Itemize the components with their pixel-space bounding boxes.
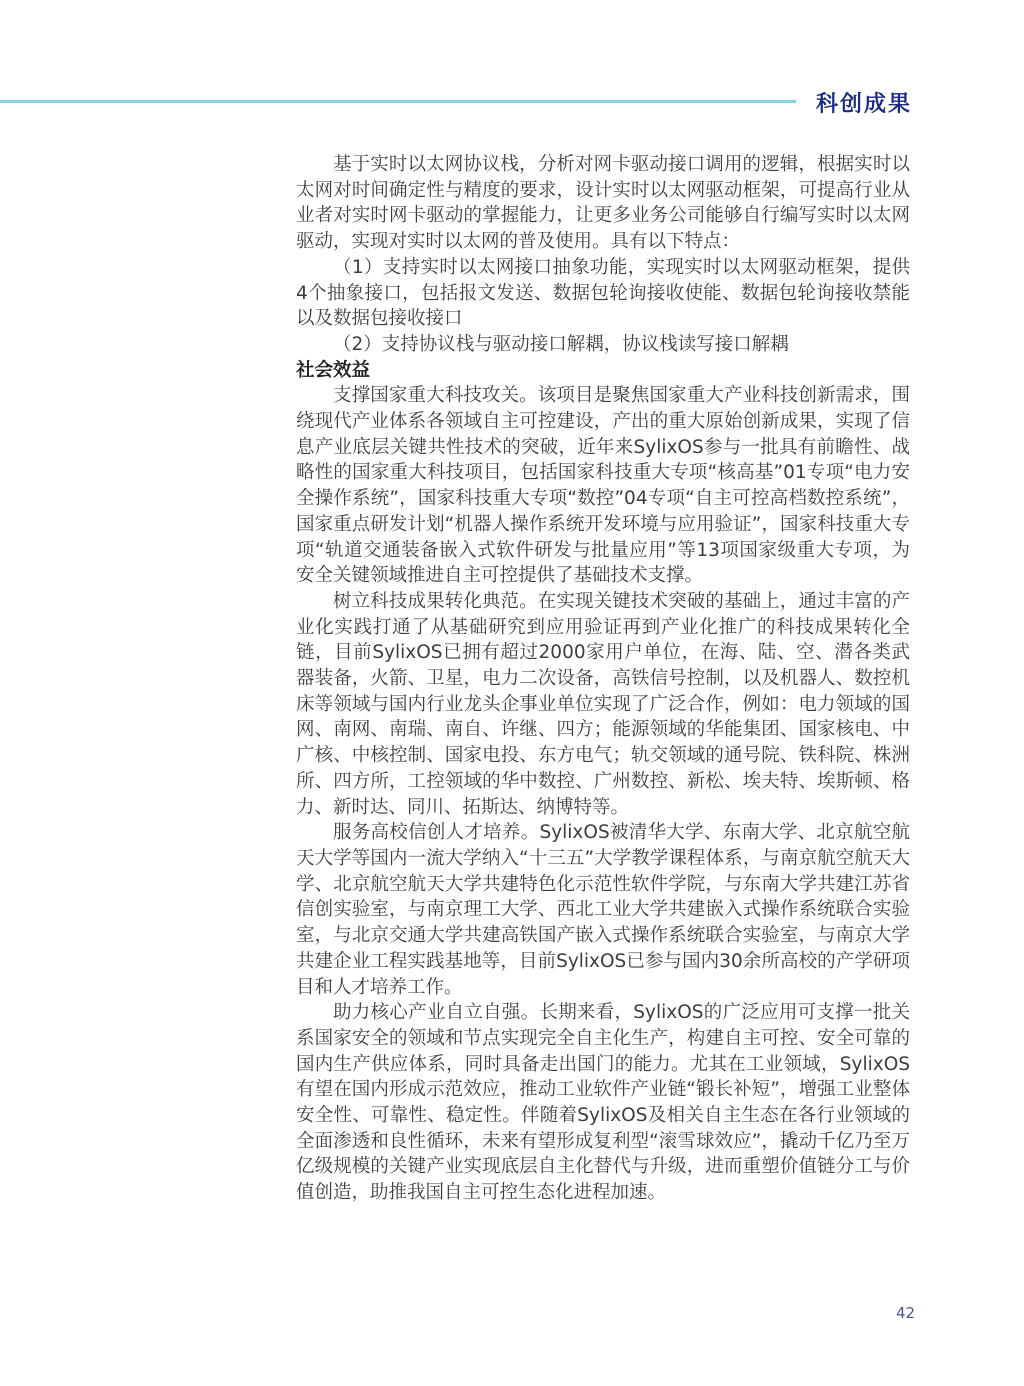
paragraph-social-4: 助力核心产业自立自强。长期来看，SylixOS的广泛应用可支撑一批关系国家安全的…: [296, 1000, 910, 1206]
feature-item-1: （1）支持实时以太网接口抽象功能，实现实时以太网驱动框架，提供4个抽象接口，包括…: [296, 255, 910, 332]
document-body: 基于实时以太网协议栈，分析对网卡驱动接口调用的逻辑，根据实时以太网对时间确定性与…: [296, 152, 910, 1206]
paragraph-social-2: 树立科技成果转化典范。在实现关键技术突破的基础上，通过丰富的产业化实践打通了从基…: [296, 589, 910, 820]
page-number: 42: [896, 1304, 915, 1322]
paragraph-social-1: 支撑国家重大科技攻关。该项目是聚焦国家重大产业科技创新需求，围绕现代产业体系各领…: [296, 383, 910, 589]
paragraph-intro: 基于实时以太网协议栈，分析对网卡驱动接口调用的逻辑，根据实时以太网对时间确定性与…: [296, 152, 910, 255]
page-header-title: 科创成果: [816, 87, 912, 118]
feature-item-2: （2）支持协议栈与驱动接口解耦，协议栈读写接口解耦: [296, 332, 910, 358]
section-heading-social-benefit: 社会效益: [296, 358, 910, 384]
document-page: 科创成果 基于实时以太网协议栈，分析对网卡驱动接口调用的逻辑，根据实时以太网对时…: [0, 0, 1024, 1386]
paragraph-social-3: 服务高校信创人才培养。SylixOS被清华大学、东南大学、北京航空航天大学等国内…: [296, 820, 910, 1000]
header-divider-line: [0, 100, 796, 103]
